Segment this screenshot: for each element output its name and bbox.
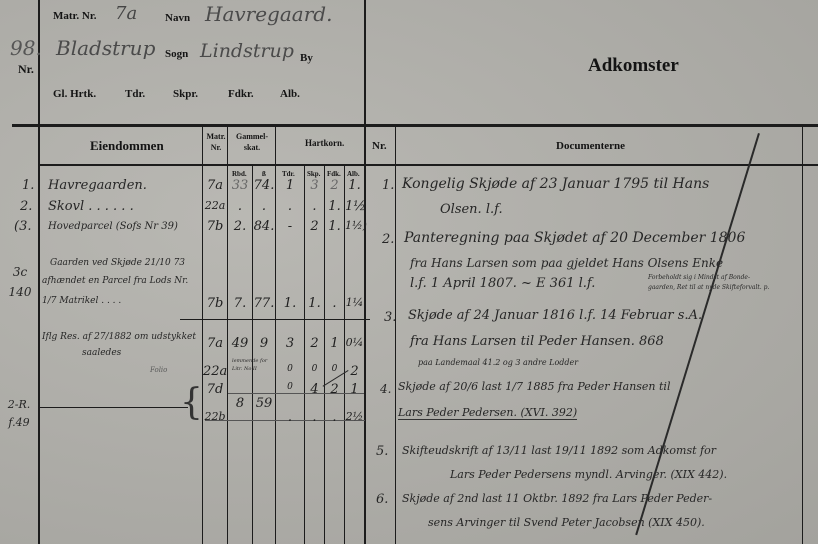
row-margin: 2. [20,199,32,214]
row-desc-line: afhændet en Parcel fra Lods Nr. [42,276,188,286]
sogn-value: Bladstrup [56,36,155,60]
cell-skp-2: . [305,410,324,425]
skp-col-header: Skp. [307,170,320,178]
row-margin: 3c 140 [4,262,36,302]
doc-nr: 1. [382,178,394,193]
doc-side-note: Forbeholdt sig i Mindst af Bonde- [648,274,750,281]
cell-rbd: 7. [228,296,252,311]
page-number: 98. [10,36,42,60]
cell-skp: 1. [305,296,324,311]
alb-col-header: Alb. [347,170,360,178]
alb-label: Alb. [280,88,300,100]
cell-skp: . [305,199,324,214]
cell-tdr: 3 [276,336,304,351]
cell-skp: 2 [305,336,324,351]
doc-line: Lars Peder Pedersens myndl. Arvinger. (X… [450,468,727,481]
eiendommen-header: Eiendommen [90,138,164,154]
cell-alb: 1 [345,382,364,397]
right-border-line [802,125,803,544]
row-desc: Skovl . . . . . . [48,199,134,214]
doc-nr: 5. [376,444,388,459]
row-rule [38,407,188,408]
doc-line: Skjøde af 20/6 last 1/7 1885 fra Peder H… [398,380,670,393]
doc-line: sens Arvinger til Svend Peter Jacobsen (… [428,516,705,529]
row-margin: 1. [22,178,34,193]
cell-skp: 2 [305,219,324,234]
cell-fdk: 2 [325,382,344,397]
doc-line: fra Hans Larsen til Peder Hansen. 868 [410,334,664,349]
skpr-label: Skpr. [173,88,198,100]
cell-alb-2: 2½ [345,410,364,423]
by-value: Lindstrup [200,40,294,62]
doc-nr: 6. [376,492,388,507]
doc-line: paa Landemaal 41.2 og 3 andre Lodder [418,358,578,367]
cell-fdk: . [325,296,344,311]
cell-tdr: - [276,219,304,234]
cell-fdk: 2 [325,178,344,193]
cell-matr-b: 22b [203,410,227,423]
row-desc-line: 1/7 Matrikel . . . . [42,296,121,306]
cell-alb: 0¼ [345,336,364,349]
tdr-col-header: Tdr. [282,170,295,178]
cell-skp: 4 [305,382,324,397]
fdk-col-header: Fdk. [327,170,341,178]
doc-line: Kongelig Skjøde af 23 Januar 1795 til Ha… [402,176,709,192]
cell-rbd: 8 [228,396,252,411]
doc-line: fra Hans Larsen som paa gjeldet Hans Ols… [410,256,723,270]
cell-tdr-2: 0 [276,364,304,374]
brace-icon: { [180,382,203,423]
doc-line: Skifteudskrift af 13/11 last 19/11 1892 … [402,444,716,457]
cell-matr-b: 22a [203,364,227,379]
doc-side-note: gaarden, Ret til at nyde Skifteforvalt. … [648,284,769,291]
matr-nr-label: Matr. Nr. [53,10,96,22]
matr-nr-value: 7a [115,3,137,24]
cell-alb-2: 2 [345,364,364,379]
row-desc: Hovedparcel (Sofs Nr 39) [48,221,178,232]
header-bottom-rule [12,124,818,127]
doc-nr: 3. [384,310,396,325]
doc-line: Lars Peder Pedersen. (XVI. 392) [398,406,577,420]
cell-sk: 84. [253,219,275,234]
row-margin: 2-R. f.49 [4,396,34,432]
by-label: By [300,52,313,64]
navn-label: Navn [165,12,190,24]
cell-alb: 1¼ [345,296,364,309]
tdr-label: Tdr. [125,88,145,100]
cell-tdr: 1 [276,178,304,193]
doc-line: l.f. 1 April 1807. ~ E 361 l.f. [410,276,595,291]
cell-rbd: 49 [228,336,252,351]
column-header-rule [38,164,818,166]
matr-nr-header: Matr. Nr. [205,131,227,153]
cell-sk: 74. [253,178,275,193]
doc-line: Skjøde af 24 Januar 1816 l.f. 14 Februar… [408,308,702,323]
row-margin: (3. [14,219,31,234]
cell-note: lemmende for Litr. No II [232,357,276,373]
cell-fdk: 1. [325,219,344,234]
doc-line: Panteregning paa Skjødet af 20 December … [404,230,745,246]
cell-tdr: . [276,199,304,214]
cell-matr: 7b [203,296,227,311]
col-line-doc [395,126,396,544]
cell-skp-2: 0 [305,364,324,374]
hartkorn-header: Hartkorn. [305,138,344,148]
cell-sk: 59 [253,396,275,411]
cell-fdk: 1 [325,336,344,351]
sogn-label: Sogn [165,48,188,60]
left-margin-line [38,0,40,544]
register-page: 98. Nr. Matr. Nr. 7a Navn Havregaard. Bl… [0,0,818,544]
sk-header: ß [262,170,266,178]
gammelskat-header: Gammel-skat. [232,131,272,153]
cell-matr: 7b [203,219,227,234]
cell-sk: . [253,199,275,214]
cell-fdk-2: . [325,410,344,425]
navn-value: Havregaard. [205,2,332,26]
cell-tdr: 1. [276,296,304,311]
cell-matr: 22a [203,199,227,212]
adkomster-title: Adkomster [588,55,679,77]
row-desc: Havregaarden. [48,178,147,193]
doc-line: Olsen. l.f. [440,202,503,217]
cell-fdk-2: 0 [325,364,344,374]
doc-nr-header: Nr. [372,140,387,152]
gl-hrtk-label: Gl. Hrtk. [53,88,96,100]
nr-label: Nr. [18,62,34,77]
cell-matr: 7a [203,178,227,193]
row-desc-line: Gaarden ved Skjøde 21/10 73 [50,258,185,268]
cell-tdr-2: . [276,410,304,425]
cell-fdk: 1. [325,199,344,214]
cell-matr-a: 7d [203,382,227,397]
cell-matr-a: 7a [203,336,227,351]
cell-rbd: 33 [228,178,252,193]
row-desc-line: Folio [150,366,167,374]
cell-rbd: . [228,199,252,214]
doc-line: Skjøde af 2nd last 11 Oktbr. 1892 fra La… [402,492,712,505]
row-rule [180,319,370,320]
cell-alb: 1½) [345,219,364,232]
cell-alb: 1½ [345,199,364,214]
doc-nr: 2. [382,232,394,247]
cell-sk: 9 [253,336,275,351]
cell-skp: 3 [305,178,324,193]
fdkr-label: Fdkr. [228,88,254,100]
cell-rbd: 2. [228,219,252,234]
row-desc-line: Iflg Res. af 27/1882 om udstykket [42,332,196,342]
cell-tdr: 0 [276,382,304,392]
rbd-header: Rbd. [232,170,247,178]
cell-alb: 1. [345,178,364,193]
cell-sk: 77. [253,296,275,311]
row-desc-line: saaledes [82,348,121,358]
documenterne-header: Documenterne [556,140,625,152]
center-divider-line [364,0,366,544]
doc-nr: 4. [380,382,391,396]
